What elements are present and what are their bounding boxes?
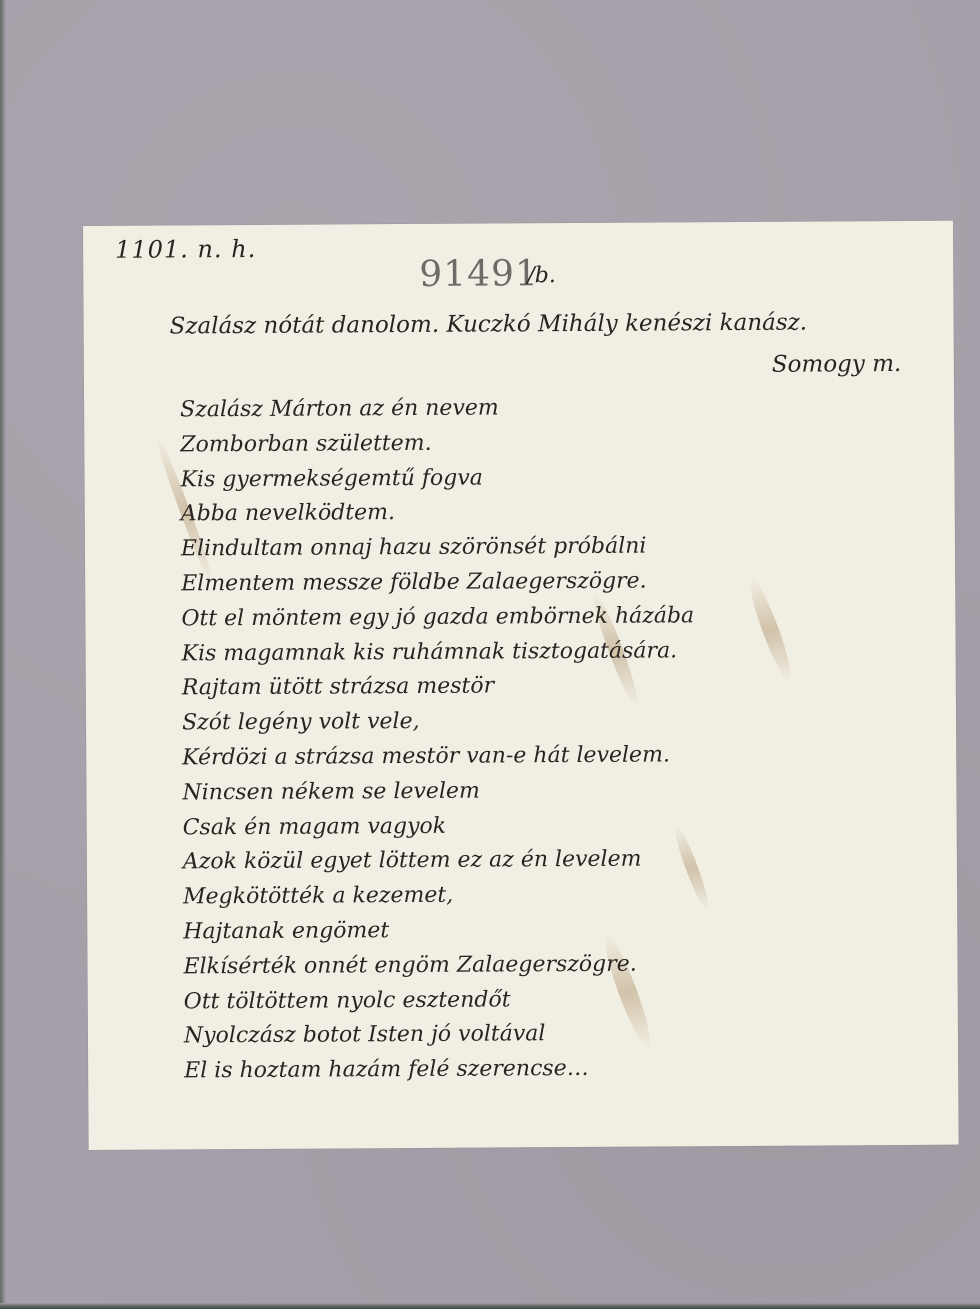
- verse-line: Elindultam onnaj hazu szörönsét próbálni: [181, 529, 694, 567]
- verse-line: Abba nevelködtem.: [181, 495, 694, 533]
- verse-line: Kis gyermekségemtű fogva: [180, 460, 693, 498]
- stamp-suffix: /b.: [527, 263, 556, 288]
- verse-line: Azok közül egyet löttem ez az én levelem: [183, 843, 696, 881]
- verse-line: Elmentem messze földbe Zalaegerszögre.: [181, 564, 694, 602]
- verse-line: Kérdözi a strázsa mestör van-e hát level…: [182, 738, 695, 776]
- verse-line: Nyolczász botot Isten jó voltával: [184, 1017, 697, 1055]
- board-left-edge: [0, 0, 6, 1309]
- title-line: Szalász nótát danolom. Kuczkó Mihály ken…: [170, 310, 808, 340]
- verse-line: Hajtanak engömet: [183, 912, 696, 950]
- archive-note: 1101. n. h.: [115, 235, 256, 264]
- stamp-number: 91491: [419, 253, 539, 295]
- ink-stain: [744, 575, 797, 684]
- verse-line: Rajtam ütött strázsa mestör: [182, 669, 695, 707]
- verse-line: Szalász Márton az én nevem: [180, 390, 693, 428]
- verse-line: Csak én magam vagyok: [183, 808, 696, 846]
- verse-line: Zomborban születtem.: [180, 425, 693, 463]
- verse-line: Ott el möntem egy jó gazda embörnek házá…: [181, 599, 694, 637]
- verse-line: Nincsen nékem se levelem: [182, 773, 695, 811]
- verse-line: Kis magamnak kis ruhámnak tisztogatására…: [182, 634, 695, 672]
- song-verses: Szalász Márton az én nevem Zomborban szü…: [180, 390, 697, 1089]
- manuscript-sheet: 1101. n. h. 91491 /b. Szalász nótát dano…: [83, 221, 959, 1150]
- county-note: Somogy m.: [772, 351, 902, 378]
- verse-line: Megkötötték a kezemet,: [183, 877, 696, 915]
- verse-line: Szót legény volt vele,: [182, 703, 695, 741]
- verse-line: Elkísérték onnét engöm Zalaegerszögre.: [183, 947, 696, 985]
- verse-line: Ott töltöttem nyolc esztendőt: [184, 982, 697, 1020]
- board-bottom-edge: [0, 1303, 980, 1309]
- verse-line: El is hoztam hazám felé szerencse…: [184, 1051, 697, 1089]
